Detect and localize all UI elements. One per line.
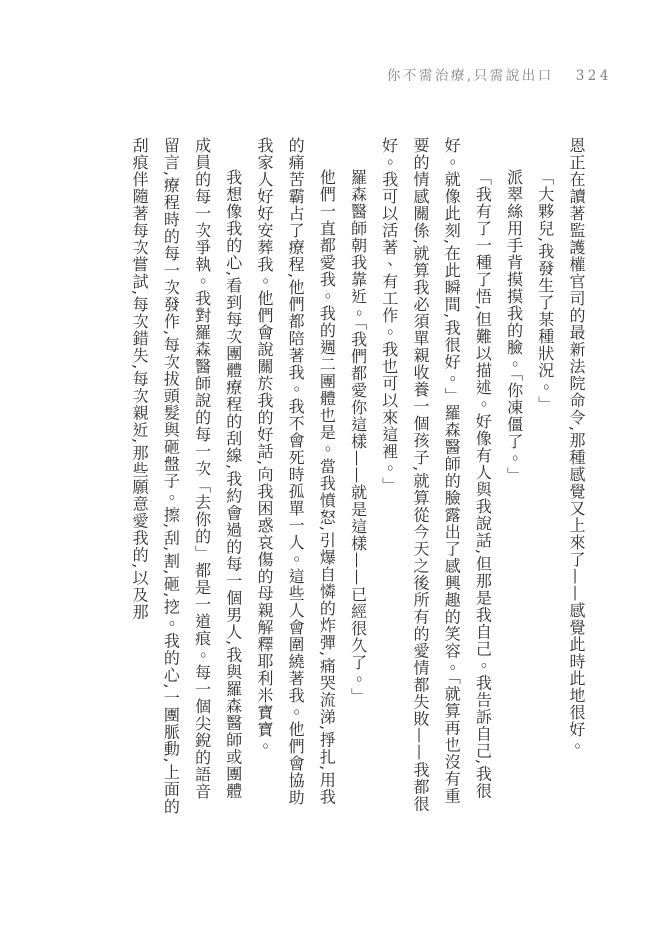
- paragraph-7: 我想像我的心,看到每次團體療程的刮線,我約會過的每一個男人,我與羅森醫師或團體成…: [124, 137, 249, 815]
- paragraph-2: 「大夥兒,我發生了某種狀況。」: [530, 137, 561, 815]
- paragraph-5: 羅森醫師朝我靠近。「我們都愛你這樣——就是這樣——已經很久了。」: [342, 137, 373, 815]
- paragraph-4: 「我有了一種了悟,但難以描述。好像有人與我說話,但那是我自己。我告訴自己,我很好…: [374, 137, 499, 815]
- book-page: 你不需治療,只需說出口 324 恩正在讀著監護權官司的最新法院命令,那種感覺又上…: [0, 0, 663, 932]
- running-title: 你不需治療,只需說出口: [387, 70, 554, 84]
- body-text: 恩正在讀著監護權官司的最新法院命令,那種感覺又上來了——感覺此時此地很好。 「大…: [87, 137, 592, 815]
- paragraph-6: 他們一直都愛我。我的週二團體也是。當我憤怒,引爆自憐的炸彈,痛哭流涕,掙扎,用我…: [249, 137, 343, 815]
- running-header: 你不需治療,只需說出口 324: [387, 70, 612, 84]
- paragraph-1: 恩正在讀著監護權官司的最新法院命令,那種感覺又上來了——感覺此時此地很好。: [561, 137, 592, 815]
- paragraph-3: 派翠絲用手背摸摸我的臉。「你凍僵了。」: [498, 137, 529, 815]
- page-number: 324: [576, 70, 612, 84]
